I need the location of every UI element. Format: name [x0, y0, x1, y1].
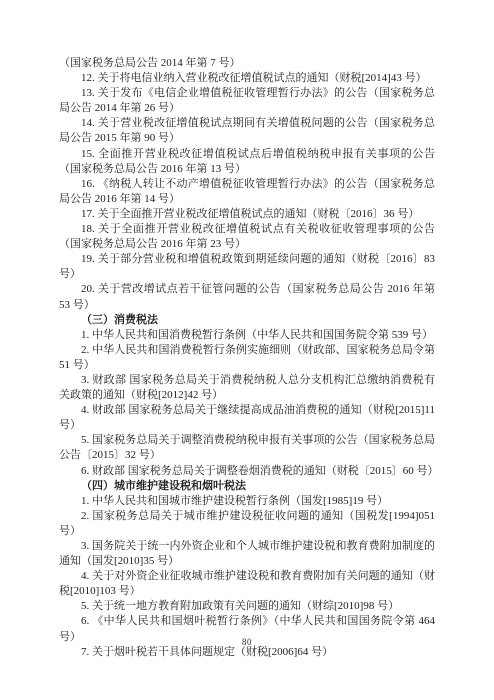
continuation-line: （国家税务总局公告 2014 年第 7 号） [59, 56, 435, 71]
section-heading: （三）消费税法 [59, 313, 435, 328]
list-item: 1. 中华人民共和国消费税暂行条例（中华人民共和国国务院令第 539 号） [59, 328, 435, 343]
section-heading: （四）城市维护建设税和烟叶税法 [59, 479, 435, 494]
list-item: 20. 关于营改增试点若干征管问题的公告（国家税务总局公告 2016 年第 53… [59, 282, 435, 312]
list-item: 12. 关于将电信业纳入营业税改征增值税试点的通知（财税[2014]43 号） [59, 71, 435, 86]
list-item: 5. 国家税务总局关于调整消费税纳税申报有关事项的公告（国家税务总局公告〔201… [59, 433, 435, 463]
document-body: （国家税务总局公告 2014 年第 7 号）12. 关于将电信业纳入营业税改征增… [59, 56, 435, 660]
document-page: （国家税务总局公告 2014 年第 7 号）12. 关于将电信业纳入营业税改征增… [0, 0, 494, 700]
list-item: 14. 关于营业税改征增值税试点期间有关增值税问题的公告（国家税务总局公告 20… [59, 116, 435, 146]
list-item: 2. 国家税务总局关于城市维护建设税征收问题的通知（国税发[1994]051 号… [59, 509, 435, 539]
list-item: 18. 关于全面推开营业税改征增值税试点有关税收征收管理事项的公告（国家税务总局… [59, 222, 435, 252]
page-number: 80 [0, 637, 494, 647]
list-item: 2. 中华人民共和国消费税暂行条例实施细则（财政部、国家税务总局令第 51 号） [59, 343, 435, 373]
list-item: 15. 全面推开营业税改征增值税试点后增值税纳税申报有关事项的公告（国家税务总局… [59, 147, 435, 177]
list-item: 1. 中华人民共和国城市维护建设税暂行条例（国发[1985]19 号） [59, 494, 435, 509]
list-item: 4. 关于对外资企业征收城市维护建设税和教育费附加有关问题的通知（财税[2010… [59, 569, 435, 599]
list-item: 5. 关于统一地方教育附加政策有关问题的通知（财综[2010]98 号） [59, 599, 435, 614]
list-item: 16. 《纳税人转让不动产增值税征收管理暂行办法》的公告（国家税务总局公告 20… [59, 177, 435, 207]
list-item: 13. 关于发布《电信企业增值税征收管理暂行办法》的公告（国家税务总局公告 20… [59, 86, 435, 116]
list-item: 19. 关于部分营业税和增值税政策到期延续问题的通知（财税〔2016〕83 号） [59, 252, 435, 282]
list-item: 6. 财政部 国家税务总局关于调整卷烟消费税的通知（财税〔2015〕60 号） [59, 464, 435, 479]
list-item: 17. 关于全面推开营业税改征增值税试点的通知（财税〔2016〕36 号） [59, 207, 435, 222]
list-item: 3. 国务院关于统一内外资企业和个人城市维护建设税和教育费附加制度的通知（国发[… [59, 539, 435, 569]
list-item: 4. 财政部 国家税务总局关于继续提高成品油消费税的通知（财税[2015]11 … [59, 403, 435, 433]
list-item: 3. 财政部 国家税务总局关于消费税纳税人总分支机构汇总缴纳消费税有关政策的通知… [59, 373, 435, 403]
